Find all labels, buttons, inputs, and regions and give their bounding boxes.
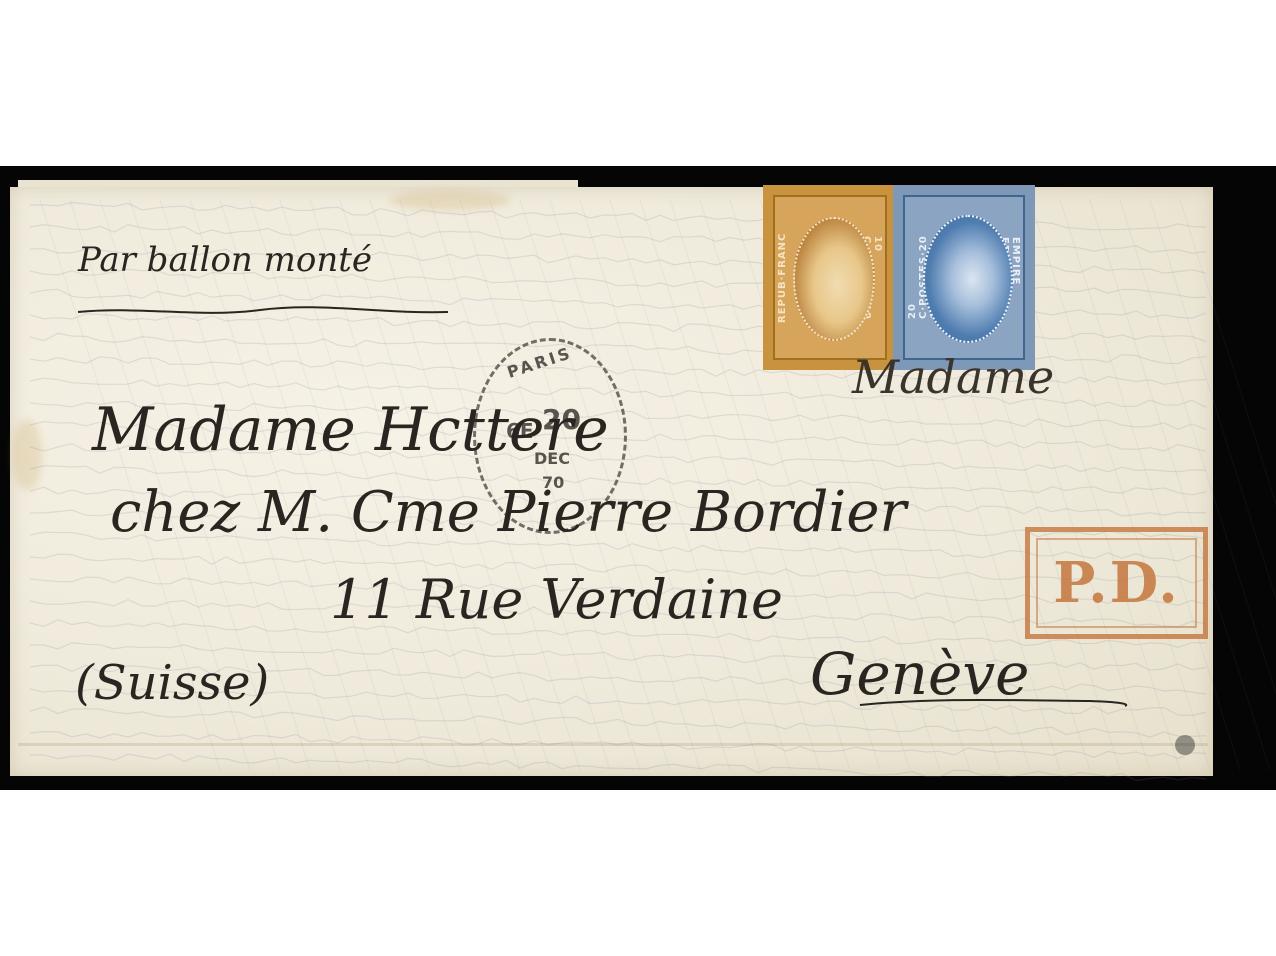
- address-line-3: 11 Rue Verdaine: [330, 568, 783, 631]
- napoleon-head-medallion: [923, 215, 1013, 343]
- paper-stain: [390, 190, 510, 210]
- postmark-city: PARIS: [505, 343, 575, 382]
- paper-stain: [12, 420, 42, 490]
- ceres-head-medallion: [793, 217, 875, 341]
- endorsement-par-ballon-monte: Par ballon monté: [78, 240, 372, 280]
- address-line-2: chez M. Cme Pierre Bordier: [110, 480, 906, 545]
- country-suisse: (Suisse): [75, 655, 269, 711]
- pd-handstamp: P.D.: [1025, 527, 1208, 639]
- stamp-ceres-10c: REPUB·FRANC 10 C·POSTES·10 C: [763, 185, 897, 370]
- address-line-1: Madame Hcttere: [92, 395, 609, 465]
- salutation-madame: Madame: [852, 350, 1054, 404]
- paper-fold-line: [18, 743, 1208, 746]
- stamp-left-text: REPUB·FRANC: [777, 237, 788, 318]
- pd-text: P.D.: [1030, 550, 1203, 616]
- address-line-4-city: Genève: [810, 640, 1029, 708]
- stamp-napoleon-20c: 20 C·POSTES·20 C EMPIRE FRANCAIS: [893, 185, 1035, 370]
